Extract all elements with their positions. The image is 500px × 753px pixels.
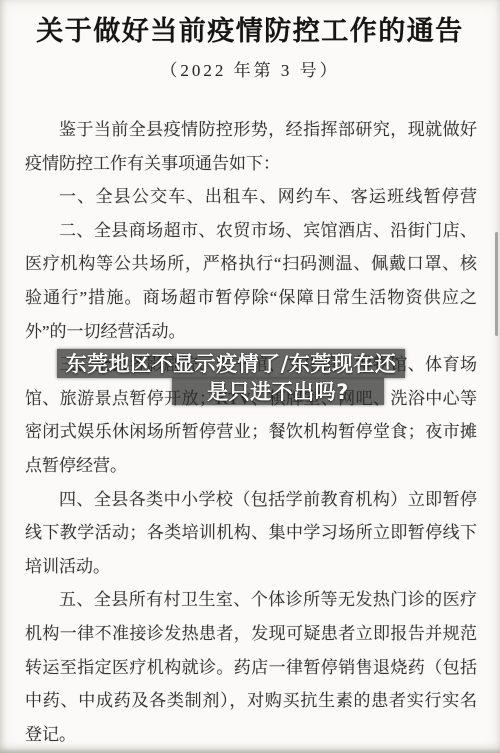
document-line: 培训活动。 (25, 550, 477, 584)
document-line: 外”的一切经营活动。 (25, 315, 477, 349)
document-line: 鉴于当前全县疫情防控形势，经指挥部研究，现就做好 (25, 113, 477, 147)
paragraph-intro: 鉴于当前全县疫情防控形势，经指挥部研究，现就做好 疫情防控工作有关事项通告如下： (25, 113, 477, 180)
document-line: 线下教学活动；各类培训机构、集中学习场所立即暂停线下 (25, 516, 477, 550)
document-title: 关于做好当前疫情防控工作的通告 (0, 0, 500, 49)
document-body: 鉴于当前全县疫情防控形势，经指挥部研究，现就做好 疫情防控工作有关事项通告如下：… (25, 113, 477, 751)
caption-overlay-line-2: 是只进不出吗? (172, 378, 384, 405)
document-line: 中药、中成药及各类制剂），对购买抗生素的患者实行实名 (25, 684, 477, 718)
document-line: 点暂停经营。 (25, 449, 477, 483)
document-line: 一、全县公交车、出租车、网约车、客运班线暂停营运。 (25, 180, 477, 214)
notice-document-page: 关于做好当前疫情防控工作的通告 （2022 年第 3 号） 鉴于当前全县疫情防控… (0, 0, 500, 753)
document-line: 登记。 (25, 718, 477, 752)
document-issue-number: （2022 年第 3 号） (0, 59, 500, 83)
document-line: 机构一律不准接诊发热患者，发现可疑患者立即报告并规范 (25, 617, 477, 651)
caption-overlay-line-1: 东莞地区不显示疫情了/东莞现在还 (57, 349, 405, 378)
document-line: 二、全县商场超市、农贸市场、宾馆酒店、沿街门店、 (25, 214, 477, 248)
paragraph-item-5: 五、全县所有村卫生室、个体诊所等无发热门诊的医疗 机构一律不准接诊发热患者，发现… (25, 583, 477, 751)
document-line: 四、全县各类中小学校（包括学前教育机构）立即暂停 (25, 483, 477, 517)
scrollbar-thumb[interactable] (495, 232, 498, 336)
paragraph-item-4: 四、全县各类中小学校（包括学前教育机构）立即暂停 线下教学活动；各类培训机构、集… (25, 483, 477, 584)
document-line: 疫情防控工作有关事项通告如下： (25, 147, 477, 181)
document-line: 转运至指定医疗机构就诊。药店一律暂停销售退烧药（包括 (25, 651, 477, 685)
document-line: 五、全县所有村卫生室、个体诊所等无发热门诊的医疗 (25, 583, 477, 617)
document-line: 验通行”措施。商场超市暂停除“保障日常生活物资供应之 (25, 281, 477, 315)
paragraph-item-1: 一、全县公交车、出租车、网约车、客运班线暂停营运。 (25, 180, 477, 214)
document-line: 医疗机构等公共场所，严格执行“扫码测温、佩戴口罩、核 (25, 247, 477, 281)
document-line: 密闭式娱乐休闲场所暂停营业；餐饮机构暂停堂食；夜市摊 (25, 415, 477, 449)
paragraph-item-2: 二、全县商场超市、农贸市场、宾馆酒店、沿街门店、 医疗机构等公共场所，严格执行“… (25, 214, 477, 348)
